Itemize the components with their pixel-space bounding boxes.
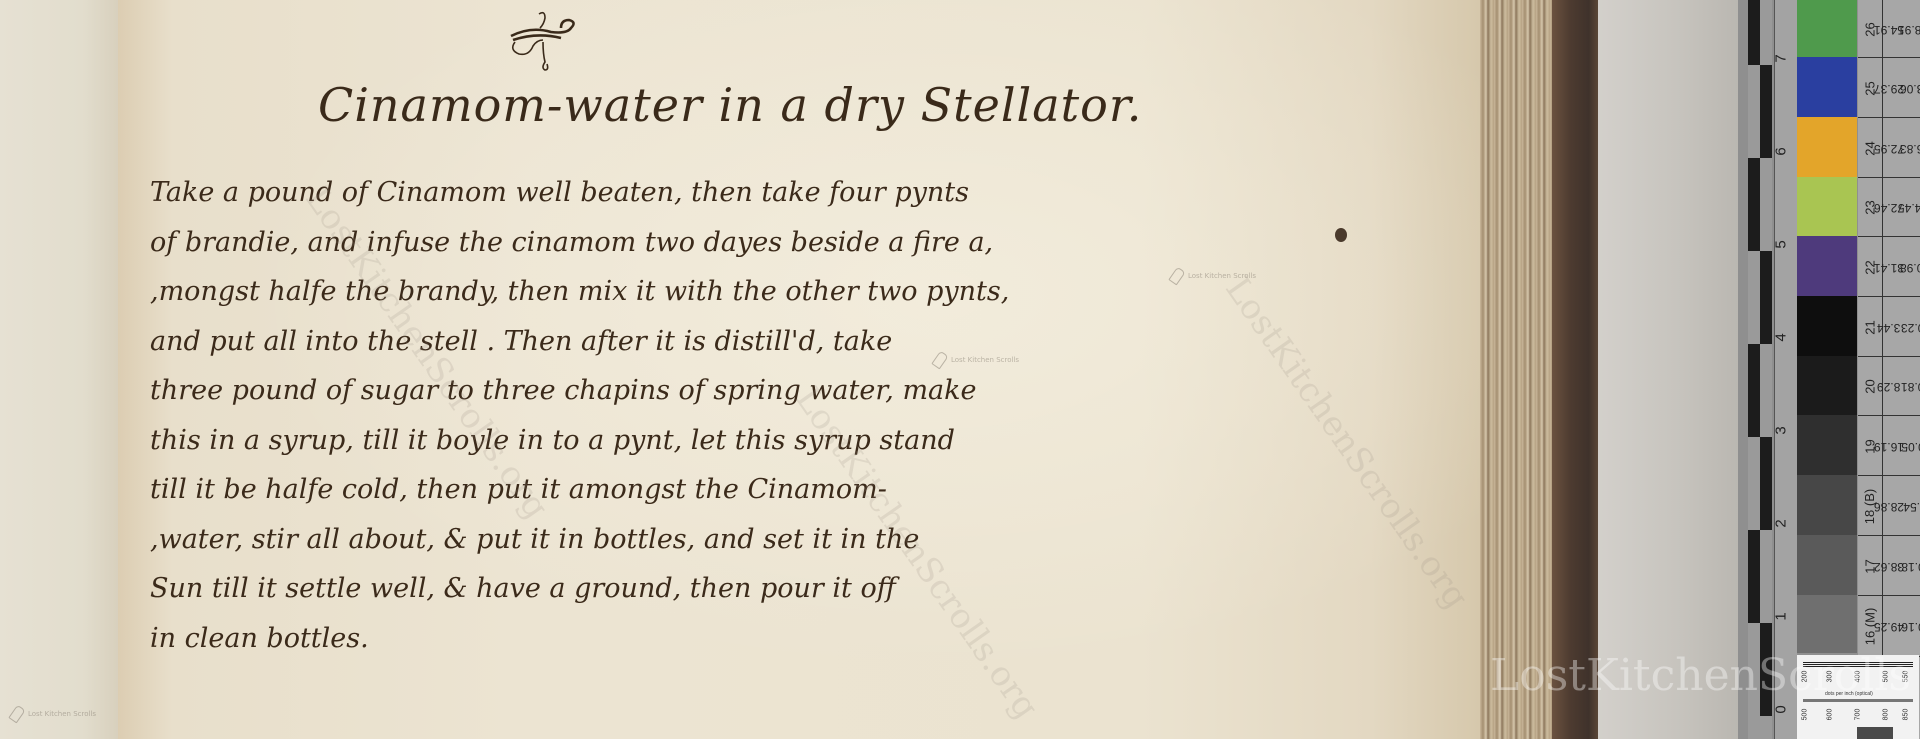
facing-page-edge: [0, 0, 118, 739]
text-line: till it be halfe cold, then put it among…: [150, 465, 1250, 515]
page-edges: [1480, 0, 1552, 739]
swatch-22: [1797, 236, 1857, 296]
table-row: 2654.91-38.91: [1858, 0, 1920, 58]
text-line: and put all into the stell . Then after …: [150, 317, 1250, 367]
text-line: ,water, stir all about, & put it in bott…: [150, 515, 1250, 565]
swatch-21: [1797, 296, 1857, 356]
table-row: 208.29-0.81: [1858, 356, 1920, 416]
table-row: 2231.4120.98: [1858, 236, 1920, 297]
text-line: this in a syrup, till it boyle in to a p…: [150, 416, 1250, 466]
table-row: 1738.62-0.18: [1858, 535, 1920, 596]
swatch-17: [1797, 535, 1857, 595]
flourish-ornament-icon: [505, 8, 580, 73]
table-row: 2529.3713.06: [1858, 57, 1920, 118]
text-line: in clean bottles.: [150, 614, 1250, 664]
swatch-19: [1797, 415, 1857, 475]
lab-values-table: 2654.91-38.91 2529.3713.06 2472.9516.83 …: [1858, 0, 1920, 739]
table-row: 2372.46-24.45: [1858, 177, 1920, 237]
recipe-text: Take a pound of Cinamom well beaten, the…: [150, 168, 1250, 663]
watermark-stamp: Lost Kitchen Scrolls: [935, 352, 1019, 368]
swatch-23: [1797, 177, 1857, 236]
swatch-26: [1797, 0, 1857, 57]
table-row: 213.44-0.23: [1858, 296, 1920, 357]
recipe-title: Cinamom-water in a dry Stellator.: [318, 78, 1142, 132]
swatch-20: [1797, 356, 1857, 415]
swatch-24: [1797, 117, 1857, 177]
table-row: 16 (M)49.25-0.16: [1858, 595, 1920, 657]
table-row: 2472.9516.83: [1858, 117, 1920, 178]
manuscript-photo: Cinamom-water in a dry Stellator. Take a…: [0, 0, 1920, 739]
table-row: 1916.19-0.05: [1858, 415, 1920, 476]
checkerboard-strip: [1748, 0, 1772, 739]
swatch-18: [1797, 475, 1857, 535]
book-cover-edge: [1552, 0, 1598, 739]
ink-blot: [1335, 228, 1347, 242]
color-swatches: [1797, 0, 1857, 739]
text-line: Sun till it settle well, & have a ground…: [150, 564, 1250, 614]
ruler-scale: 7 6 5 4 3 2 1 0: [1774, 0, 1797, 739]
watermark-stamp: Lost Kitchen Scrolls: [1172, 268, 1256, 284]
text-line: three pound of sugar to three chapins of…: [150, 366, 1250, 416]
swatch-16: [1797, 595, 1857, 653]
swatch-25: [1797, 57, 1857, 117]
text-line: ,mongst halfe the brandy, then mix it wi…: [150, 267, 1250, 317]
backdrop: [1598, 0, 1738, 739]
table-row: 18 (B)28.860.54: [1858, 475, 1920, 536]
color-calibration-card: 7 6 5 4 3 2 1 0 2654.91-38.91 2529.3713.…: [1738, 0, 1920, 739]
bottom-watermark: LostKitchenScrolls: [1490, 650, 1911, 701]
watermark-stamp: Lost Kitchen Scrolls: [12, 706, 96, 722]
